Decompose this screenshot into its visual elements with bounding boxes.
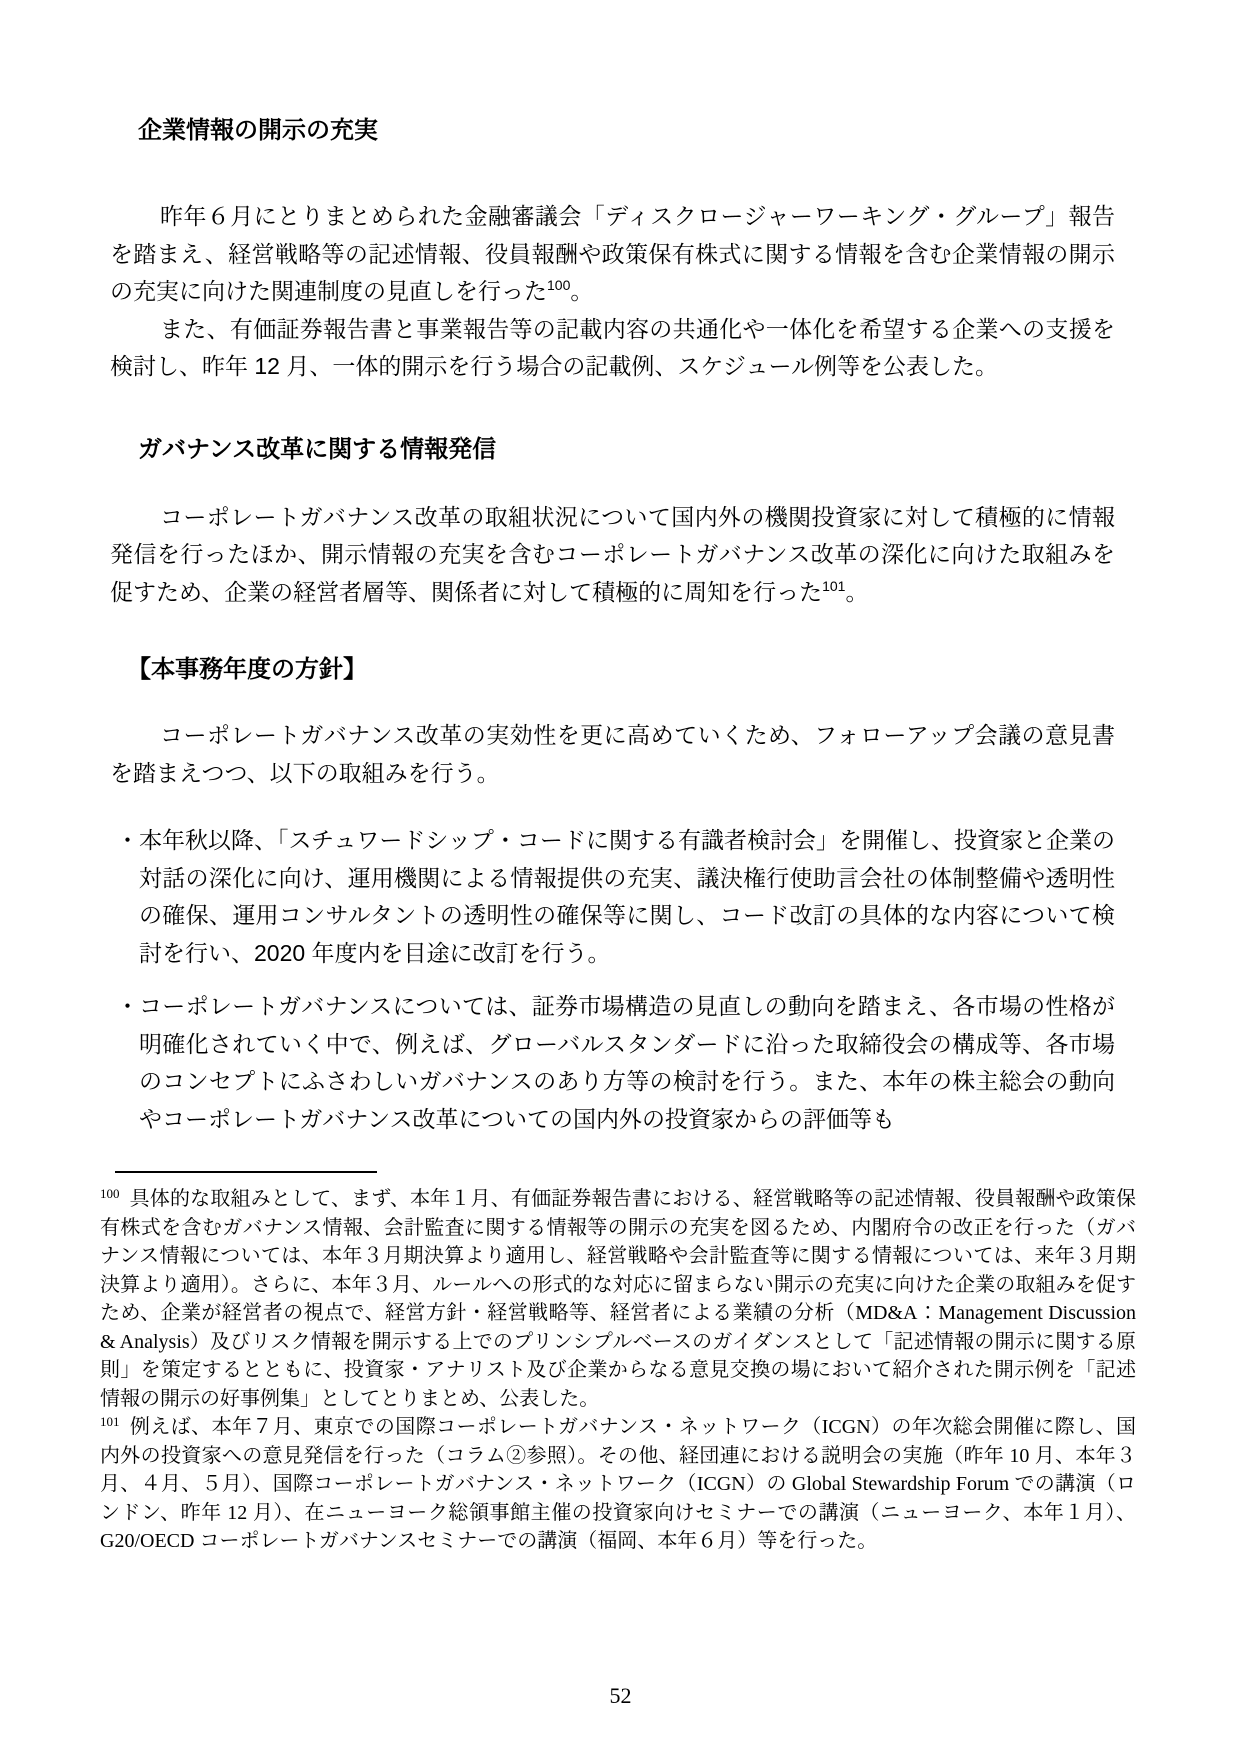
paragraph-text: 昨年６月にとりまとめられた金融審議会「ディスクロージャーワーキング・グループ」報… (110, 203, 1115, 304)
paragraph-text: コーポレートガバナンス改革の取組状況について国内外の機関投資家に対して積極的に情… (110, 504, 1115, 605)
footnote-area: 100具体的な取組みとして、まず、本年１月、有価証券報告書における、経営戦略等の… (100, 1171, 1136, 1556)
page-number: 52 (0, 1684, 1241, 1708)
footnote-text: 例えば、本年７月、東京での国際コーポレートガバナンス・ネットワーク（ICGN）の… (100, 1416, 1136, 1552)
paragraph-disclosure-2: また、有価証券報告書と事業報告等の記載内容の共通化や一体化を希望する企業への支援… (110, 311, 1115, 386)
paragraph-policy-intro: コーポレートガバナンス改革の実効性を更に高めていくため、フォローアップ会議の意見… (110, 717, 1115, 792)
footnote-ref-100-marker: 100 (547, 277, 570, 293)
footnote-separator (115, 1171, 377, 1173)
paragraph-text-tail: 。 (845, 579, 868, 605)
document-body: 企業情報の開示の充実 昨年６月にとりまとめられた金融審議会「ディスクロージャーワ… (110, 0, 1115, 1138)
bullet-item-corporate-governance: ・コーポレートガバナンスについては、証券市場構造の見直しの動向を踏まえ、各市場の… (110, 988, 1115, 1138)
footnote-number-100: 100 (100, 1186, 120, 1201)
section-heading-governance: ガバナンス改革に関する情報発信 (138, 431, 1115, 469)
bullet-item-stewardship: ・本年秋以降、「スチュワードシップ・コードに関する有識者検討会」を開催し、投資家… (110, 822, 1115, 972)
paragraph-disclosure-1: 昨年６月にとりまとめられた金融審議会「ディスクロージャーワーキング・グループ」報… (110, 198, 1115, 311)
footnote-number-101: 101 (100, 1414, 120, 1429)
footnote-100: 100具体的な取組みとして、まず、本年１月、有価証券報告書における、経営戦略等の… (100, 1185, 1136, 1413)
paragraph-text-tail: 。 (570, 278, 593, 304)
footnote-ref-101-marker: 101 (822, 578, 845, 594)
bullet-text: 本年秋以降、「スチュワードシップ・コードに関する有識者検討会」を開催し、投資家と… (139, 827, 1115, 966)
footnote-text: 具体的な取組みとして、まず、本年１月、有価証券報告書における、経営戦略等の記述情… (100, 1188, 1136, 1410)
bullet-text: コーポレートガバナンスについては、証券市場構造の見直しの動向を踏まえ、各市場の性… (139, 993, 1115, 1132)
section-heading-disclosure: 企業情報の開示の充実 (138, 112, 1115, 150)
footnote-101: 101例えば、本年７月、東京での国際コーポレートガバナンス・ネットワーク（ICG… (100, 1413, 1136, 1556)
document-page: 企業情報の開示の充実 昨年６月にとりまとめられた金融審議会「ディスクロージャーワ… (0, 0, 1241, 1754)
section-heading-policy: 【本事務年度の方針】 (127, 651, 1115, 689)
paragraph-governance: コーポレートガバナンス改革の取組状況について国内外の機関投資家に対して積極的に情… (110, 499, 1115, 612)
bullet-marker: ・ (116, 822, 139, 860)
bullet-marker: ・ (116, 988, 139, 1026)
